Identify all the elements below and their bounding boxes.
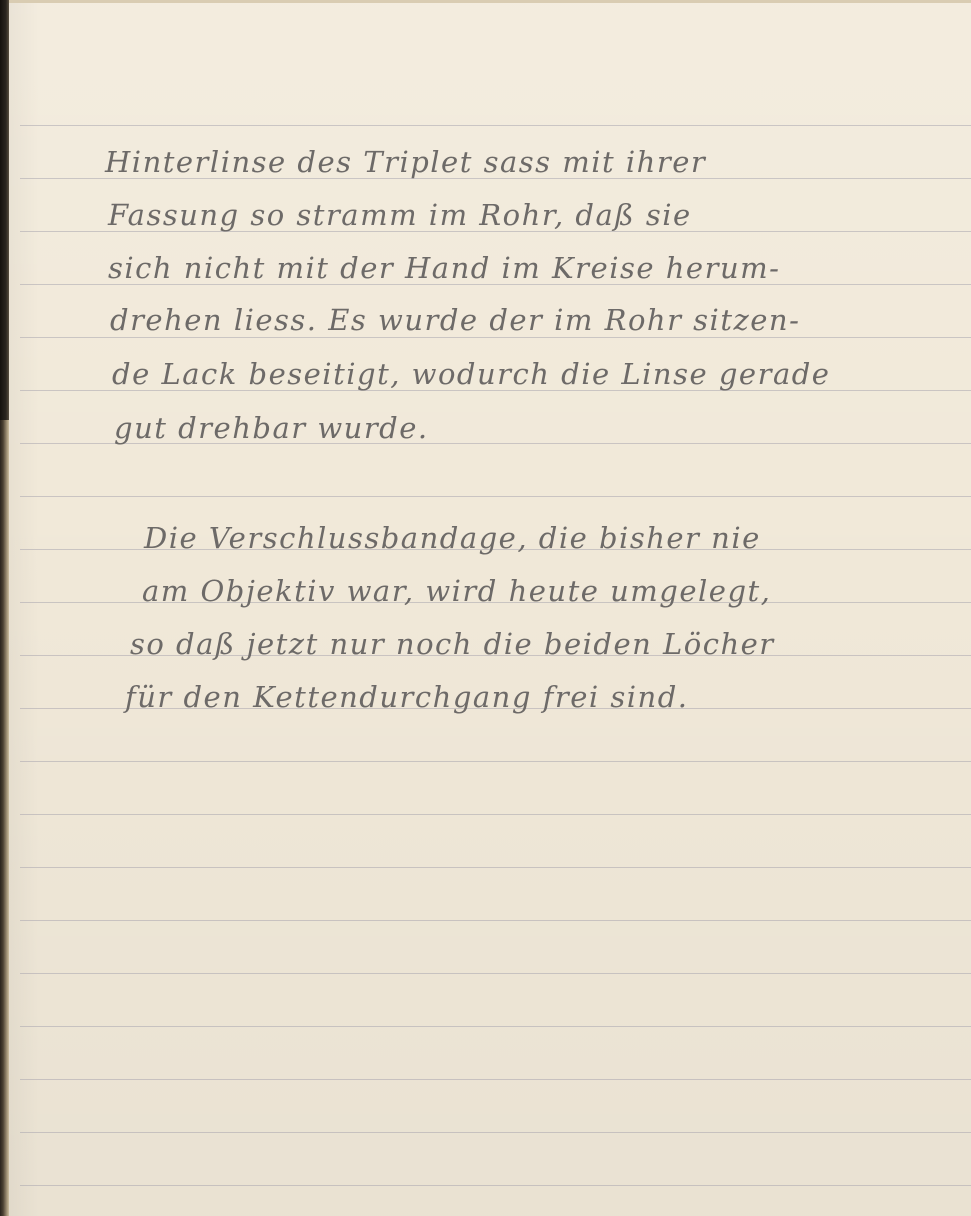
ruled-line	[20, 920, 971, 921]
ruled-line	[20, 814, 971, 815]
text-line: für den Kettendurchgang frei sind.	[125, 677, 689, 717]
ruled-line	[20, 1079, 971, 1080]
ruled-line	[20, 1026, 971, 1027]
text-line: drehen liess. Es wurde der im Rohr sitze…	[110, 300, 800, 340]
notebook-binding	[0, 0, 9, 1216]
ruled-line	[20, 761, 971, 762]
ruled-line	[20, 867, 971, 868]
page-top-edge	[9, 0, 971, 3]
text-line: Die Verschlussbandage, die bisher nie	[144, 518, 761, 558]
ruled-line	[20, 496, 971, 497]
text-line: sich nicht mit der Hand im Kreise herum-	[108, 248, 780, 288]
ruled-line	[20, 973, 971, 974]
text-line: Fassung so stramm im Rohr, daß sie	[108, 195, 692, 235]
ruled-line	[20, 125, 971, 126]
ruled-line	[20, 1132, 971, 1133]
text-line: am Objektiv war, wird heute umgelegt,	[142, 571, 771, 611]
text-line: so daß jetzt nur noch die beiden Löcher	[130, 624, 775, 664]
text-line: gut drehbar wurde.	[114, 408, 429, 448]
text-line: Hinterlinse des Triplet sass mit ihrer	[105, 142, 706, 182]
text-line: de Lack beseitigt, wodurch die Linse ger…	[112, 354, 830, 394]
ruled-line	[20, 1185, 971, 1186]
